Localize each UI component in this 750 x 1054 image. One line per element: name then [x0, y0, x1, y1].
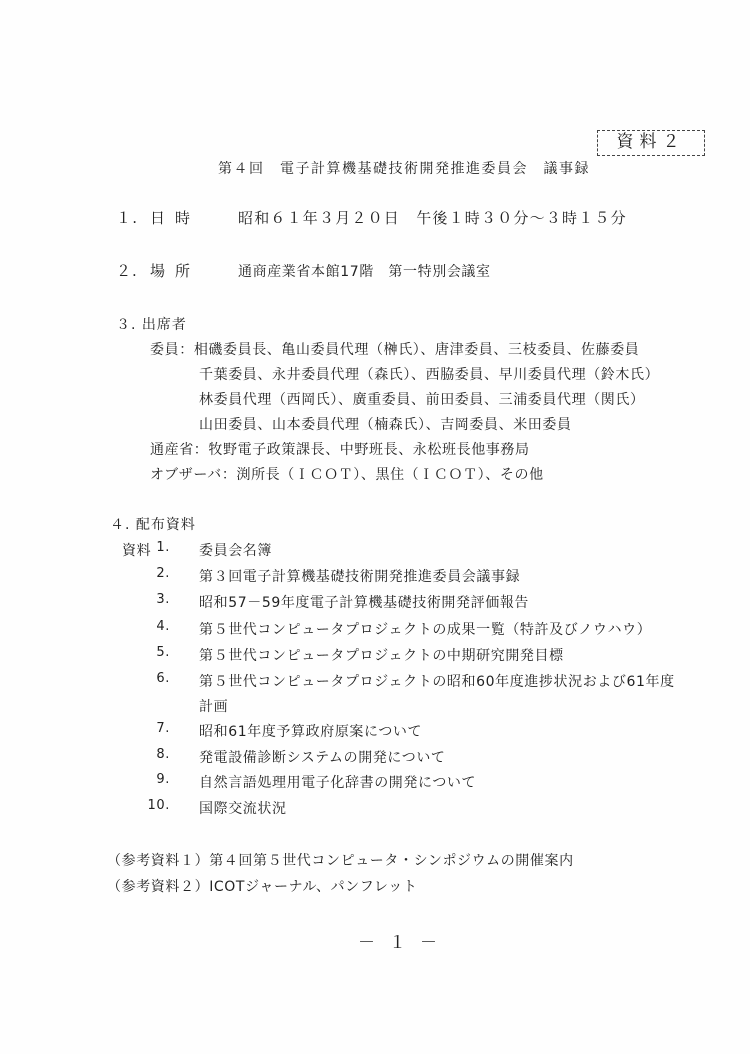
material-item: 6. 第５世代コンピュータプロジェクトの昭和60年度進捗状況および61年度	[0, 671, 750, 695]
attendees-observer-row: オブザーバ：渕所長（ＩＣＯＴ）、黒住（ＩＣＯＴ）、その他	[150, 464, 544, 484]
material-text: 昭和61年度予算政府原案について	[199, 721, 422, 741]
page-number: －１－	[358, 928, 451, 953]
members-line: 山田委員、山本委員代理（楠森氏）、吉岡委員、米田委員	[199, 414, 572, 434]
material-item: 2. 第３回電子計算機基礎技術開発推進委員会議事録	[0, 566, 750, 590]
section-number: １.	[116, 207, 142, 228]
observer-label: オブザーバ：	[150, 467, 236, 483]
section-number: ２.	[116, 260, 142, 281]
material-number: 9.	[130, 772, 170, 787]
material-text: 第３回電子計算機基礎技術開発推進委員会議事録	[199, 566, 520, 586]
section-materials-heading: ４. 配布資料	[110, 514, 196, 534]
material-text: 昭和57－59年度電子計算機基礎技術開発評価報告	[199, 592, 529, 612]
material-text: 発電設備診断システムの開発について	[199, 747, 446, 767]
material-item: 8. 発電設備診断システムの開発について	[0, 747, 750, 771]
material-text: 第５世代コンピュータプロジェクトの成果一覧（特許及びノウハウ）	[199, 619, 651, 639]
material-item: 7. 昭和61年度予算政府原案について	[0, 721, 750, 745]
material-number: 7.	[130, 721, 170, 736]
material-text-continuation: 計画	[199, 696, 228, 716]
reference-item: （参考資料１）第４回第５世代コンピュータ・シンポジウムの開催案内	[107, 850, 574, 870]
material-item: 4. 第５世代コンピュータプロジェクトの成果一覧（特許及びノウハウ）	[0, 619, 750, 643]
miti-label: 通産省：	[150, 442, 208, 458]
material-text: 自然言語処理用電子化辞書の開発について	[199, 772, 476, 792]
place-value: 通商産業省本館17階 第一特別会議室	[238, 264, 491, 280]
document-title: 第４回 電子計算機基礎技術開発推進委員会 議事録	[218, 158, 590, 178]
material-text: 国際交流状況	[199, 798, 287, 818]
reference-item: （参考資料２）ICOTジャーナル、パンフレット	[107, 876, 417, 896]
attendees-miti-row: 通産省：牧野電子政策課長、中野班長、永松班長他事務局	[150, 439, 530, 459]
material-number: 1.	[130, 540, 170, 555]
material-number: 3.	[130, 592, 170, 607]
attendees-members-row-1: 委員：相磯委員長、亀山委員代理（榊氏）、唐津委員、三枝委員、佐藤委員	[150, 339, 639, 359]
material-item: 10. 国際交流状況	[0, 798, 750, 822]
material-number: 5.	[130, 645, 170, 660]
material-number: 4.	[130, 619, 170, 634]
material-text: 委員会名簿	[199, 540, 272, 560]
material-text: 第５世代コンピュータプロジェクトの中期研究開発目標	[199, 645, 564, 665]
material-text: 第５世代コンピュータプロジェクトの昭和60年度進捗状況および61年度	[199, 671, 675, 691]
material-number: 6.	[130, 671, 170, 686]
members-line: 林委員代理（西岡氏）、廣重委員、前田委員、三浦委員代理（関氏）	[199, 389, 645, 409]
members-line: 千葉委員、永井委員代理（森氏）、西脇委員、早川委員代理（鈴木氏）	[199, 364, 659, 384]
members-label: 委員：	[150, 342, 194, 358]
reference-label: （参考資料１）	[107, 853, 209, 869]
material-item: 5. 第５世代コンピュータプロジェクトの中期研究開発目標	[0, 645, 750, 669]
observer-value: 渕所長（ＩＣＯＴ）、黒住（ＩＣＯＴ）、その他	[236, 467, 543, 483]
section-attendees-heading: ３. 出席者	[116, 314, 187, 334]
document-page: 資料２ 第４回 電子計算機基礎技術開発推進委員会 議事録 １.日時昭和６１年３月…	[0, 0, 750, 1054]
material-number: 2.	[130, 566, 170, 581]
reference-text: 第４回第５世代コンピュータ・シンポジウムの開催案内	[209, 853, 574, 869]
material-item: 資料 1. 委員会名簿	[0, 540, 750, 564]
members-line: 相磯委員長、亀山委員代理（榊氏）、唐津委員、三枝委員、佐藤委員	[194, 342, 640, 358]
material-number: 10.	[130, 798, 170, 813]
reference-text: ICOTジャーナル、パンフレット	[209, 879, 417, 895]
miti-value: 牧野電子政策課長、中野班長、永松班長他事務局	[208, 442, 529, 458]
reference-label: （参考資料２）	[107, 879, 209, 895]
material-number: 8.	[130, 747, 170, 762]
material-item: 9. 自然言語処理用電子化辞書の開発について	[0, 772, 750, 796]
section-datetime: １.日時昭和６１年３月２０日 午後１時３０分～３時１５分	[116, 207, 627, 228]
material-item: 3. 昭和57－59年度電子計算機基礎技術開発評価報告	[0, 592, 750, 616]
section-label: 日時	[150, 207, 240, 228]
section-place: ２.場所通商産業省本館17階 第一特別会議室	[116, 260, 491, 281]
document-label-box: 資料２	[597, 130, 705, 156]
datetime-value: 昭和６１年３月２０日 午後１時３０分～３時１５分	[238, 209, 627, 227]
section-label: 場所	[150, 260, 240, 281]
